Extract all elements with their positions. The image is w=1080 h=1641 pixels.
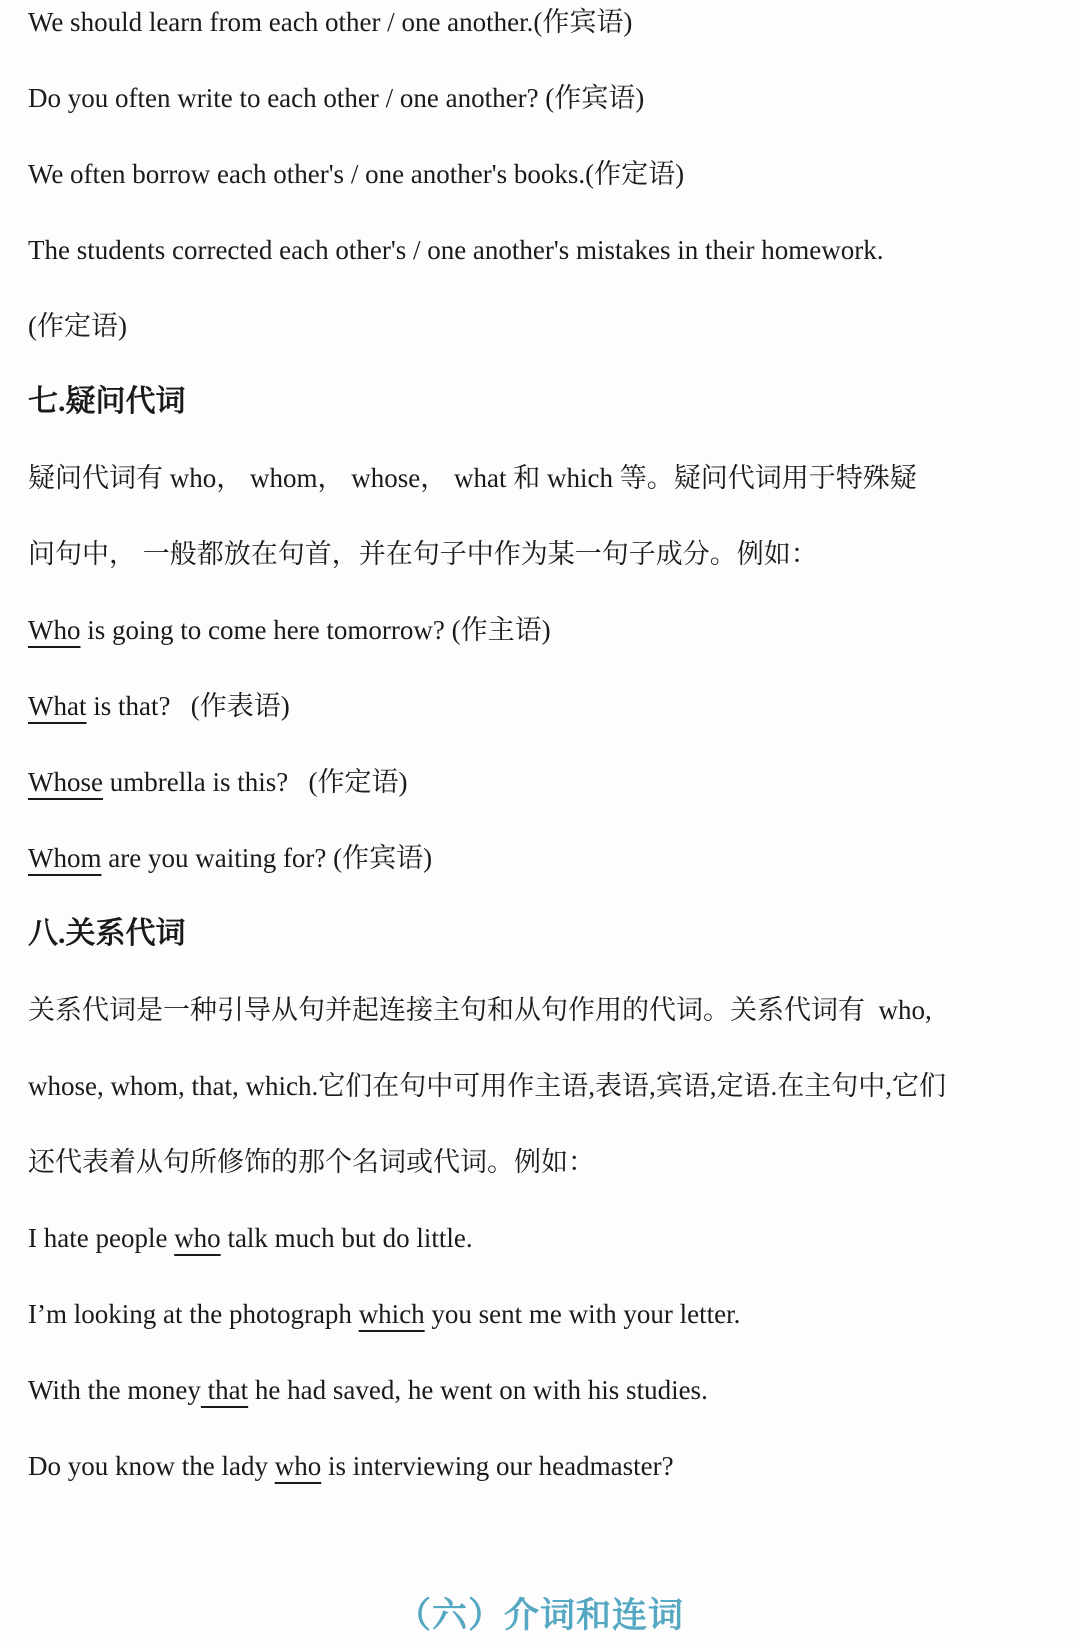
text-segment: 疑问代词有 who， whom， whose， what 和 which 等。疑… bbox=[28, 463, 917, 493]
text-line: Who is going to come here tomorrow? (作主语… bbox=[28, 592, 1052, 668]
document-body: We should learn from each other / one an… bbox=[28, 0, 1052, 1504]
underlined-word: who bbox=[275, 1451, 322, 1481]
text-line: I’m looking at the photograph which you … bbox=[28, 1276, 1052, 1352]
text-segment: (作定语) bbox=[28, 311, 127, 341]
document-page: We should learn from each other / one an… bbox=[0, 0, 1080, 1641]
text-line: whose, whom, that, which.它们在句中可用作主语,表语,宾… bbox=[28, 1048, 1052, 1124]
text-segment: 问句中， 一般都放在句首，并在句子中作为某一句子成分。例如： bbox=[28, 539, 818, 569]
underlined-word: that bbox=[201, 1375, 248, 1405]
text-segment: The students corrected each other's / on… bbox=[28, 235, 883, 265]
section-heading: 七.疑问代词 bbox=[28, 364, 1052, 440]
text-line: Whom are you waiting for? (作宾语) bbox=[28, 820, 1052, 896]
text-segment: he had saved, he went on with his studie… bbox=[248, 1375, 708, 1405]
text-segment: 七.疑问代词 bbox=[28, 385, 186, 418]
text-line: 问句中， 一般都放在句首，并在句子中作为某一句子成分。例如： bbox=[28, 516, 1052, 592]
text-line: We should learn from each other / one an… bbox=[28, 0, 1052, 60]
text-line: The students corrected each other's / on… bbox=[28, 212, 1052, 288]
text-segment: umbrella is this? (作定语) bbox=[103, 767, 407, 797]
text-line: Do you know the lady who is interviewing… bbox=[28, 1428, 1052, 1504]
text-segment: whose, whom, that, which.它们在句中可用作主语,表语,宾… bbox=[28, 1071, 946, 1101]
underlined-word: Whom bbox=[28, 843, 102, 873]
text-line: 还代表着从句所修饰的那个名词或代词。例如： bbox=[28, 1124, 1052, 1200]
text-segment: 还代表着从句所修饰的那个名词或代词。例如： bbox=[28, 1147, 595, 1177]
text-segment: 八.关系代词 bbox=[28, 917, 186, 950]
text-segment: Do you know the lady bbox=[28, 1451, 275, 1481]
underlined-word: Who bbox=[28, 615, 80, 645]
text-segment: you sent me with your letter. bbox=[425, 1299, 741, 1329]
text-segment: Do you often write to each other / one a… bbox=[28, 83, 644, 113]
text-line: I hate people who talk much but do littl… bbox=[28, 1200, 1052, 1276]
text-segment: are you waiting for? (作宾语) bbox=[102, 843, 433, 873]
text-segment: 关系代词是一种引导从句并起连接主句和从句作用的代词。关系代词有 who, bbox=[28, 995, 932, 1025]
text-line: 关系代词是一种引导从句并起连接主句和从句作用的代词。关系代词有 who, bbox=[28, 972, 1052, 1048]
section-heading: 八.关系代词 bbox=[28, 896, 1052, 972]
section-footer-title: （六）介词和连词 bbox=[28, 1592, 1052, 1640]
underlined-word: What bbox=[28, 691, 86, 721]
text-line: 疑问代词有 who， whom， whose， what 和 which 等。疑… bbox=[28, 440, 1052, 516]
text-line: Do you often write to each other / one a… bbox=[28, 60, 1052, 136]
text-segment: is interviewing our headmaster? bbox=[321, 1451, 673, 1481]
text-segment: With the money bbox=[28, 1375, 201, 1405]
text-line: (作定语) bbox=[28, 288, 1052, 364]
text-segment: is going to come here tomorrow? (作主语) bbox=[80, 615, 550, 645]
underlined-word: who bbox=[174, 1223, 221, 1253]
text-line: What is that? (作表语) bbox=[28, 668, 1052, 744]
text-line: With the money that he had saved, he wen… bbox=[28, 1352, 1052, 1428]
text-line: Whose umbrella is this? (作定语) bbox=[28, 744, 1052, 820]
text-line: We often borrow each other's / one anoth… bbox=[28, 136, 1052, 212]
text-segment: is that? (作表语) bbox=[86, 691, 289, 721]
text-segment: talk much but do little. bbox=[221, 1223, 473, 1253]
text-segment: We should learn from each other / one an… bbox=[28, 7, 632, 37]
text-segment: I hate people bbox=[28, 1223, 174, 1253]
underlined-word: Whose bbox=[28, 767, 103, 797]
underlined-word: which bbox=[359, 1299, 425, 1329]
text-segment: I’m looking at the photograph bbox=[28, 1299, 359, 1329]
text-segment: We often borrow each other's / one anoth… bbox=[28, 159, 684, 189]
